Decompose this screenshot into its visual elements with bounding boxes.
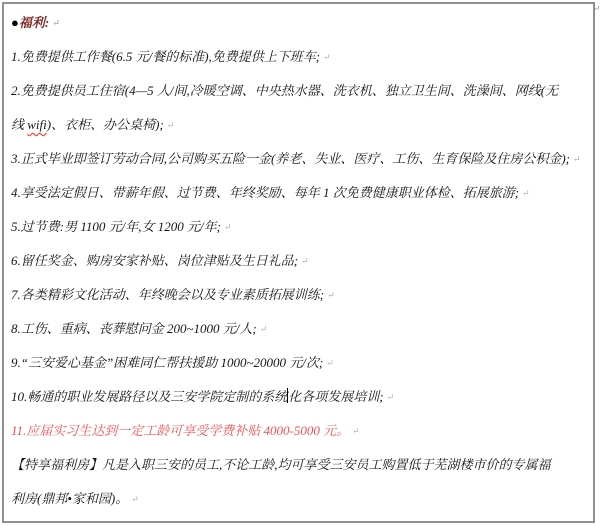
bullet-icon: ● [11, 15, 19, 30]
outer-paragraph-mark-icon: ↵ [593, 4, 600, 13]
paragraph-mark-icon: ↵ [573, 154, 581, 164]
page: { "colors": { "border": "#8f8f8f", "body… [0, 0, 600, 526]
paragraph-mark-icon: ↵ [260, 324, 268, 334]
benefit-item-6: 6.留任奖金、购房安家补贴、岗位津贴及生日礼品;↵ [11, 244, 589, 278]
document-border: ●福利:↵ 1.免费提供工作餐(6.5 元/餐的标准),免费提供上下班车;↵ 2… [2, 2, 595, 523]
paragraph-mark-icon: ↵ [52, 18, 60, 28]
paragraph-mark-icon: ↵ [352, 426, 360, 436]
benefit-item-1: 1.免费提供工作餐(6.5 元/餐的标准),免费提供上下班车;↵ [11, 40, 589, 74]
benefit-item-6-text: 6.留任奖金、购房安家补贴、岗位津贴及生日礼品; [11, 253, 298, 268]
benefit-item-2-text-line2-post: )、衣柜、办公桌椅); [47, 117, 164, 132]
wifi-term-spellcheck: wifi [27, 117, 47, 132]
paragraph-mark-icon: ↵ [387, 392, 395, 402]
paragraph-mark-icon: ↵ [167, 120, 175, 130]
paragraph-mark-icon: ↵ [131, 494, 139, 504]
benefit-item-1-text: 1.免费提供工作餐(6.5 元/餐的标准),免费提供上下班车; [11, 49, 320, 64]
benefit-item-10: 10.畅通的职业发展路径以及三安学院定制的系统化各项发展培训;↵ [11, 380, 589, 414]
benefit-item-11: 11.应届实习生达到一定工龄可享受学费补贴 4000-5000 元。↵ [11, 414, 589, 448]
heading-label: 福利: [19, 15, 49, 30]
benefit-item-7: 7.各类精彩文化活动、年终晚会以及专业素质拓展训练;↵ [11, 278, 589, 312]
benefit-item-4-text: 4.享受法定假日、带薪年假、过节费、年终奖励、每年 1 次免费健康职业体检、拓展… [11, 185, 519, 200]
benefit-item-2-text-line1: 2.免费提供员工住宿(4—5 人/间,冷暖空调、中央热水器、洗衣机、独立卫生间、… [11, 83, 558, 98]
special-housing-note-line1: 【特享福利房】凡是入职三安的员工,不论工龄,均可享受三安员工购置低于芜湖楼市价的… [11, 448, 589, 482]
benefit-item-9-text: 9.“三安爱心基金”困难同仁帮扶援助 1000~20000 元/次; [11, 355, 323, 370]
benefit-item-2-line1: 2.免费提供员工住宿(4—5 人/间,冷暖空调、中央热水器、洗衣机、独立卫生间、… [11, 74, 589, 108]
benefit-item-8-text: 8.工伤、重病、丧葬慰问金 200~1000 元/人; [11, 321, 257, 336]
special-housing-note-line2: 利房(鼎邦•家和园)。↵ [11, 482, 589, 516]
paragraph-mark-icon: ↵ [326, 358, 334, 368]
benefit-item-5: 5.过节费:男 1100 元/年,女 1200 元/年;↵ [11, 210, 589, 244]
paragraph-mark-icon: ↵ [522, 188, 530, 198]
benefit-item-10-text-pre: 10.畅通的职业发展路径以及三安学院定制的系统 [11, 389, 287, 404]
paragraph-mark-icon: ↵ [323, 52, 331, 62]
benefit-item-2-text-line2-pre: 线 [11, 117, 27, 132]
benefit-item-10-text-post: 化各项发展培训; [288, 389, 383, 404]
special-housing-note-text-line2: 利房(鼎邦•家和园)。 [11, 491, 128, 506]
benefit-item-5-text: 5.过节费:男 1100 元/年,女 1200 元/年; [11, 219, 221, 234]
benefit-item-2-line2: 线 wifi)、衣柜、办公桌椅);↵ [11, 108, 589, 142]
benefit-item-4: 4.享受法定假日、带薪年假、过节费、年终奖励、每年 1 次免费健康职业体检、拓展… [11, 176, 589, 210]
special-housing-note-text-line1: 【特享福利房】凡是入职三安的员工,不论工龄,均可享受三安员工购置低于芜湖楼市价的… [11, 457, 551, 472]
paragraph-mark-icon: ↵ [224, 222, 232, 232]
paragraph-mark-icon: ↵ [301, 256, 309, 266]
benefit-item-9: 9.“三安爱心基金”困难同仁帮扶援助 1000~20000 元/次;↵ [11, 346, 589, 380]
benefit-item-11-text: 11.应届实习生达到一定工龄可享受学费补贴 4000-5000 元。 [11, 423, 349, 438]
document-body[interactable]: ●福利:↵ 1.免费提供工作餐(6.5 元/餐的标准),免费提供上下班车;↵ 2… [4, 4, 593, 516]
heading-benefits: ●福利:↵ [11, 6, 589, 40]
benefit-item-8: 8.工伤、重病、丧葬慰问金 200~1000 元/人;↵ [11, 312, 589, 346]
benefit-item-3-text: 3.正式毕业即签订劳动合同,公司购买五险一金(养老、失业、医疗、工伤、生育保险及… [11, 151, 570, 166]
benefit-item-7-text: 7.各类精彩文化活动、年终晚会以及专业素质拓展训练; [11, 287, 324, 302]
benefit-item-3: 3.正式毕业即签订劳动合同,公司购买五险一金(养老、失业、医疗、工伤、生育保险及… [11, 142, 589, 176]
paragraph-mark-icon: ↵ [327, 290, 335, 300]
